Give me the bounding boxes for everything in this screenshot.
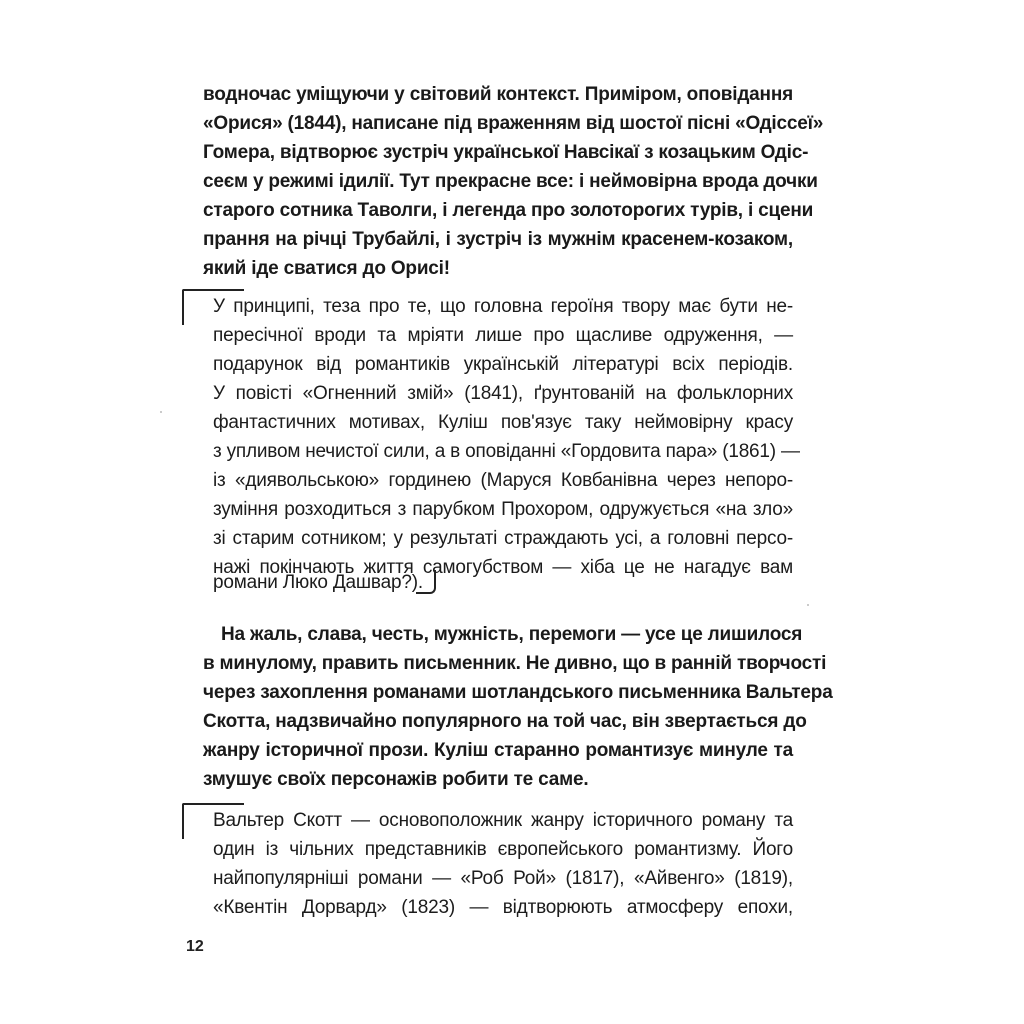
text-line: водночас уміщуючи у світовий контекст. П… (203, 80, 793, 109)
quote-line: пересічної вроди та мріяти лише про щасл… (213, 321, 793, 350)
scan-speck (807, 604, 809, 606)
text-line: «Орися» (1844), написане під враженням в… (203, 109, 793, 138)
text-line: старого сотника Таволги, і легенда про з… (203, 196, 793, 225)
quote-line: найпопулярніші романи — «Роб Рой» (1817)… (213, 864, 793, 893)
quote-line: фантастичних мотивах, Куліш пов'язує так… (213, 408, 793, 437)
quote-line: зі старим сотником; у результаті стражда… (213, 524, 793, 553)
quote-line: У повісті «Огненний змій» (1841), ґрунто… (213, 379, 793, 408)
quote-line: зуміння розходиться з парубком Прохором,… (213, 495, 793, 524)
text-line: Гомера, відтворює зустріч української На… (203, 138, 793, 167)
quote-line: романи Люко Дашвар?). (213, 568, 793, 597)
close-bracket-icon (416, 570, 436, 594)
quote-line: один із чільних представників європейськ… (213, 835, 793, 864)
book-page: водночас уміщуючи у світовий контекст. П… (0, 0, 1024, 1024)
text-line: Скотта, надзвичайно популярного на той ч… (203, 707, 793, 736)
text-line: в минулому, править письменник. Не дивно… (203, 649, 793, 678)
text-line: через захоплення романами шотландського … (203, 678, 793, 707)
page-number: 12 (186, 938, 204, 956)
quote-line: Вальтер Скотт — основоположник жанру іст… (213, 806, 793, 835)
scan-speck (160, 411, 162, 413)
text-line: На жаль, слава, честь, мужність, перемог… (203, 620, 793, 649)
quote-line: подарунок від романтиків українській літ… (213, 350, 793, 379)
text-line: який іде сватися до Орисі! (203, 254, 793, 283)
quote-line: У принципі, теза про те, що головна геро… (213, 292, 793, 321)
quote-line: «Квентін Дорвард» (1823) — відтворюють а… (213, 893, 793, 922)
quote-line: з упливом нечистої сили, а в оповіданні … (213, 437, 793, 466)
text-line: змушує своїх персонажів робити те саме. (203, 765, 793, 794)
text-line: сеєм у режимі ідилії. Тут прекрасне все:… (203, 167, 793, 196)
text-line: прання на річці Трубайлі, і зустріч із м… (203, 225, 793, 254)
text-line: жанру історичної прози. Куліш старанно р… (203, 736, 793, 765)
quote-line: із «диявольською» гординею (Маруся Ковба… (213, 466, 793, 495)
